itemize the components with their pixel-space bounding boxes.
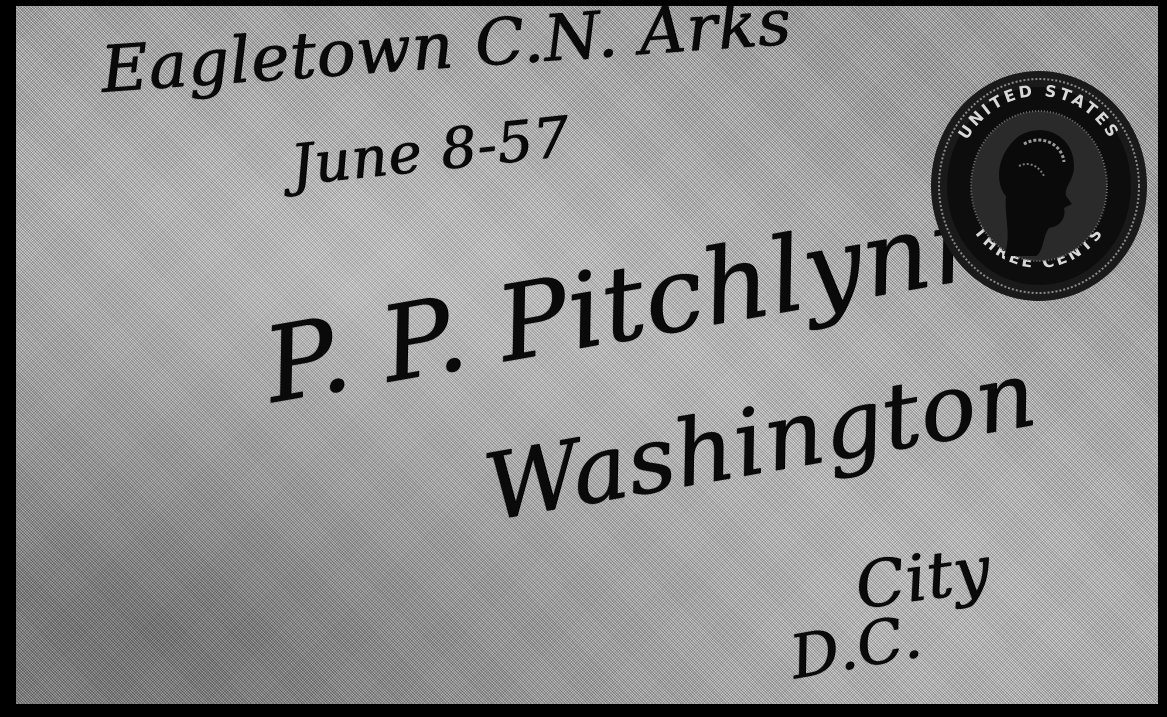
scan-border: Eagletown C.N. Arks June 8-57 P. P. Pitc… xyxy=(0,0,1167,717)
embossed-stamp: UNITED STATES THREE CENTS xyxy=(924,66,1154,306)
manuscript-postmark-date: June 8-57 xyxy=(288,105,574,199)
manuscript-postmark-town: Eagletown C.N. Arks xyxy=(98,6,793,108)
address-district: D.C. xyxy=(785,602,927,694)
envelope: Eagletown C.N. Arks June 8-57 P. P. Pitc… xyxy=(16,6,1158,704)
